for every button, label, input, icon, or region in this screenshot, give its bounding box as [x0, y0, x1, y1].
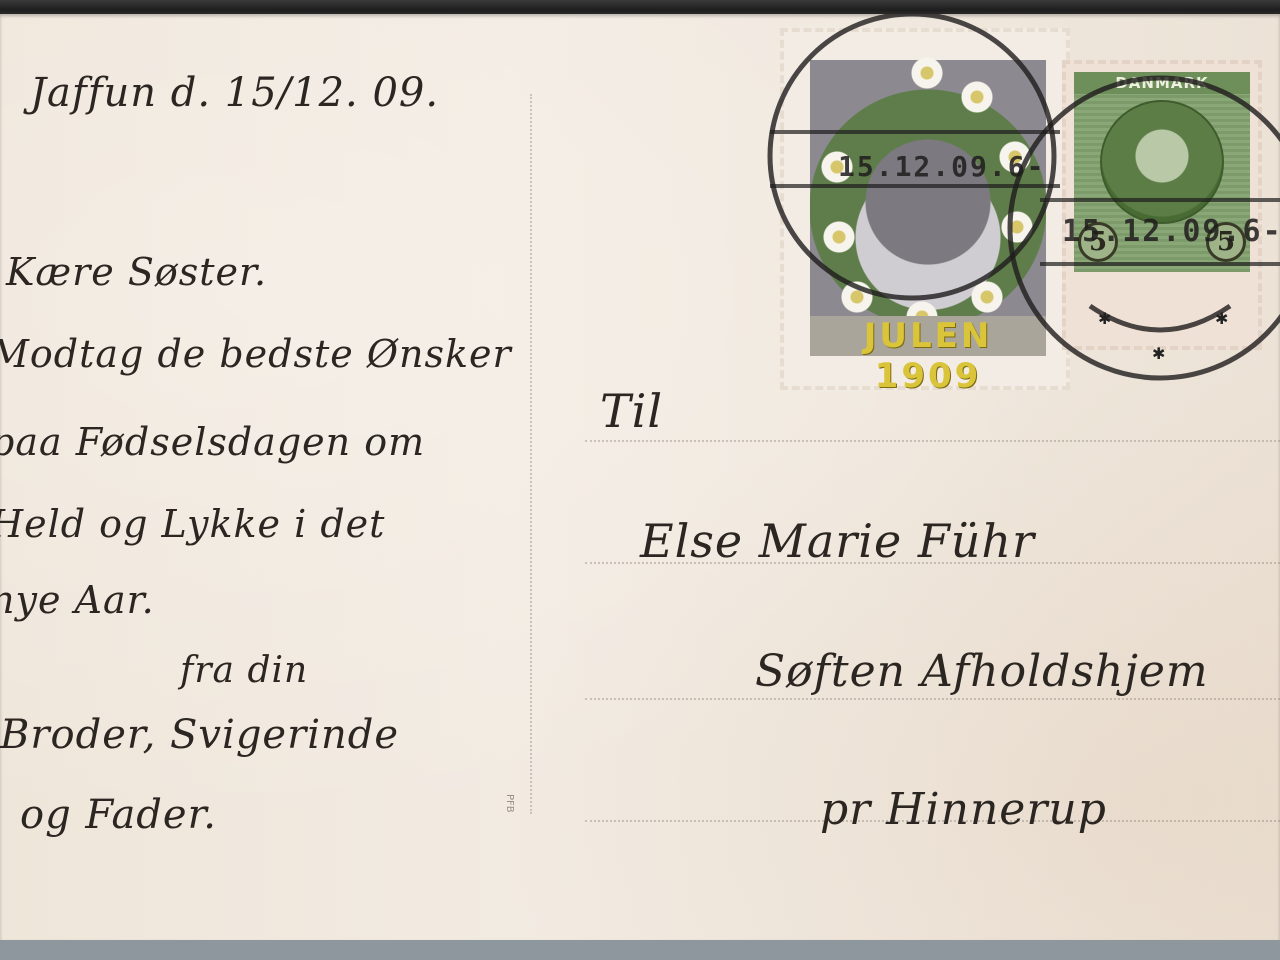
postmarks: ✱ ✱ ✱	[0, 14, 1280, 940]
postmark-date-1: 15.12.09.6-	[838, 150, 1045, 183]
postcard: PFB Jaffun d. 15/12. 09. Kære Søster. Mo…	[0, 14, 1280, 940]
star-icon: ✱	[1098, 311, 1111, 328]
postmark-date-2: 15.12.09.6-8 E	[1062, 214, 1280, 249]
star-icon: ✱	[1215, 311, 1228, 328]
star-icon: ✱	[1152, 346, 1165, 363]
